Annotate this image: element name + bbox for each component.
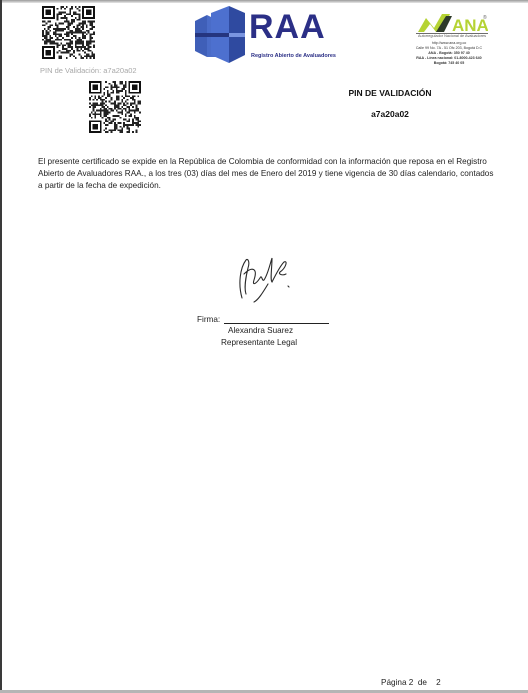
ana-phone-bogota-2: Bogotá: 745 40 05	[408, 61, 490, 65]
signer-role: Representante Legal	[221, 338, 297, 347]
raa-subtitle: Registro Abierto de Avaluadores	[251, 53, 336, 59]
ana-mark-icon: ANA ®	[416, 12, 488, 34]
ana-tagline: Autorregulador Nacional de Avaluadores	[416, 33, 488, 38]
certificate-paragraph: El presente certificado se expide en la …	[38, 156, 500, 193]
ana-logo: ANA ® Autorregulador Nacional de Avaluad…	[408, 12, 490, 70]
signature-label: Firma:	[197, 315, 220, 324]
signer-name: Alexandra Suarez	[228, 326, 293, 335]
qr-code-icon	[42, 6, 95, 59]
raa-wordmark: RAA	[249, 10, 326, 44]
signature-image	[228, 254, 304, 304]
viewer-top-edge	[0, 0, 528, 3]
ana-address: Calle 99 No. 7A - 51 Ofc 203, Bogotá D.C	[408, 46, 490, 50]
pin-value: a7a20a02	[320, 109, 460, 119]
qr-code-top	[42, 6, 95, 59]
qr-code-icon	[89, 81, 141, 133]
raa-logo: RAA Registro Abierto de Avaluadores	[193, 5, 343, 63]
signature-line	[224, 323, 329, 324]
viewer-left-edge	[0, 0, 2, 693]
qr-code-validation	[89, 81, 141, 133]
ana-website: http://www.ana.org.co	[408, 41, 490, 45]
page-number: Página 2 de 2	[381, 678, 441, 687]
ana-phone-national: RAA - Línea nacional: 01-8000-423 640	[408, 56, 490, 60]
pin-caption: PIN de Validación: a7a20a02	[40, 66, 137, 75]
pin-title: PIN DE VALIDACIÓN	[320, 88, 460, 98]
raa-cubes-icon	[193, 5, 251, 63]
svg-text:®: ®	[483, 14, 487, 21]
ana-phone-bogota: ANA - Bogotá: 350 97 40	[408, 51, 490, 55]
